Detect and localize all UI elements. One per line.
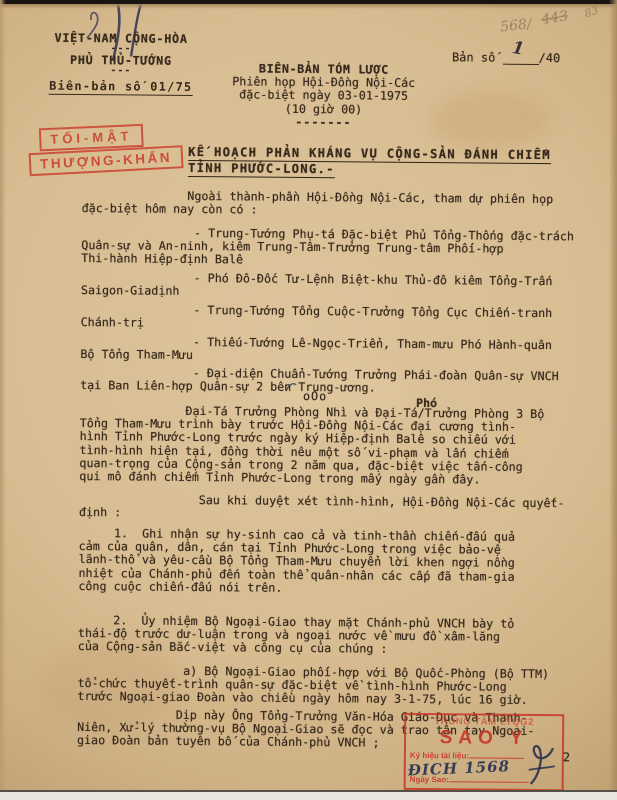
handwritten-copy-number: 1	[511, 42, 525, 57]
attendee-item: - Trung-Tướng Tổng Cuộc-Trưởng Tổng Cục …	[81, 303, 553, 334]
scanned-content: 568/ 443 83 VIỆT-NAM CỘNG-HÒA --- PHỦ TH…	[0, 0, 617, 800]
subject-line-2: TỈNH PHƯỚC-LONG.-	[188, 161, 335, 178]
certified-copy-label: SAO Y	[410, 728, 558, 749]
pencil-note-number: 568/	[499, 16, 532, 35]
minutes-title-block: BIÊN-BẢN TÓM LƯỢC Phiên họp Hội-Đồng Nội…	[216, 62, 431, 130]
scan-shadow-left	[0, 0, 6, 800]
paragraph-briefing: Đại-Tá Trưởng Phòng Nhì và Đại-Tá/Trưởng…	[79, 404, 544, 487]
paragraph-decision-1: 1. Ghi nhận sự hy-sinh cao cả và tinh-th…	[78, 527, 515, 597]
copy-number-block: Bản số 1/40	[452, 51, 560, 65]
copy-total: /40	[539, 51, 561, 65]
paragraph-decision-intro: Sau khi duyệt xét tình-hình, Hội-Đồng Nộ…	[79, 493, 565, 524]
document-number: Biên-bản số 01/75	[49, 79, 192, 96]
pencil-note-crossed: 443	[540, 8, 569, 28]
page-number: 2	[563, 750, 570, 764]
issuing-authority-block: VIỆT-NAM CỘNG-HÒA --- PHỦ THỦ-TƯỚNG --- …	[41, 31, 202, 96]
document-page: 568/ 443 83 VIỆT-NAM CỘNG-HÒA --- PHỦ TH…	[0, 0, 617, 800]
section-separator: oOo	[303, 389, 327, 403]
attendee-item: - Trung-Tướng Phụ-tá Đặc-biệt Phủ Tổng-T…	[81, 226, 574, 270]
copy-label: Bản số	[452, 50, 495, 64]
attendee-item: - Phó Đô-Đốc Tư-Lệnh Biệt-khu Thủ-đô kiê…	[81, 271, 553, 302]
paragraph-intro: Ngoài thành-phần Hội-Đồng Nội-Các, tham …	[82, 189, 554, 220]
scan-shadow-top	[0, 4, 617, 9]
subject-heading: KẾ HOẠCH PHẢN KHÁNG VỤ CỘNG-SẢN ĐÁNH CHI…	[188, 145, 551, 180]
paragraph-decision-2: 2. Ủy nhiệm Bộ Ngoại-Giao thay mặt Chánh…	[78, 614, 515, 657]
attendee-item: - Thiếu-Tướng Lê-Ngọc-Triển, Tham-mưu Ph…	[80, 335, 552, 366]
archive-center-name: TRUNG TÂM LTQG2	[410, 716, 558, 728]
scan-edge-bottom	[0, 790, 617, 800]
paragraph-point-a: a) Bộ Ngoại-Giao phối-hợp với Bộ Quốc-Ph…	[77, 664, 549, 708]
archive-certification-stamp: TRUNG TÂM LTQG2 SAO Y Ký hiệu tài liệu: …	[404, 713, 565, 791]
copy-number-line: 1	[503, 52, 539, 65]
separator-dashes: -------	[216, 115, 430, 130]
scan-shadow-right	[609, 0, 617, 800]
